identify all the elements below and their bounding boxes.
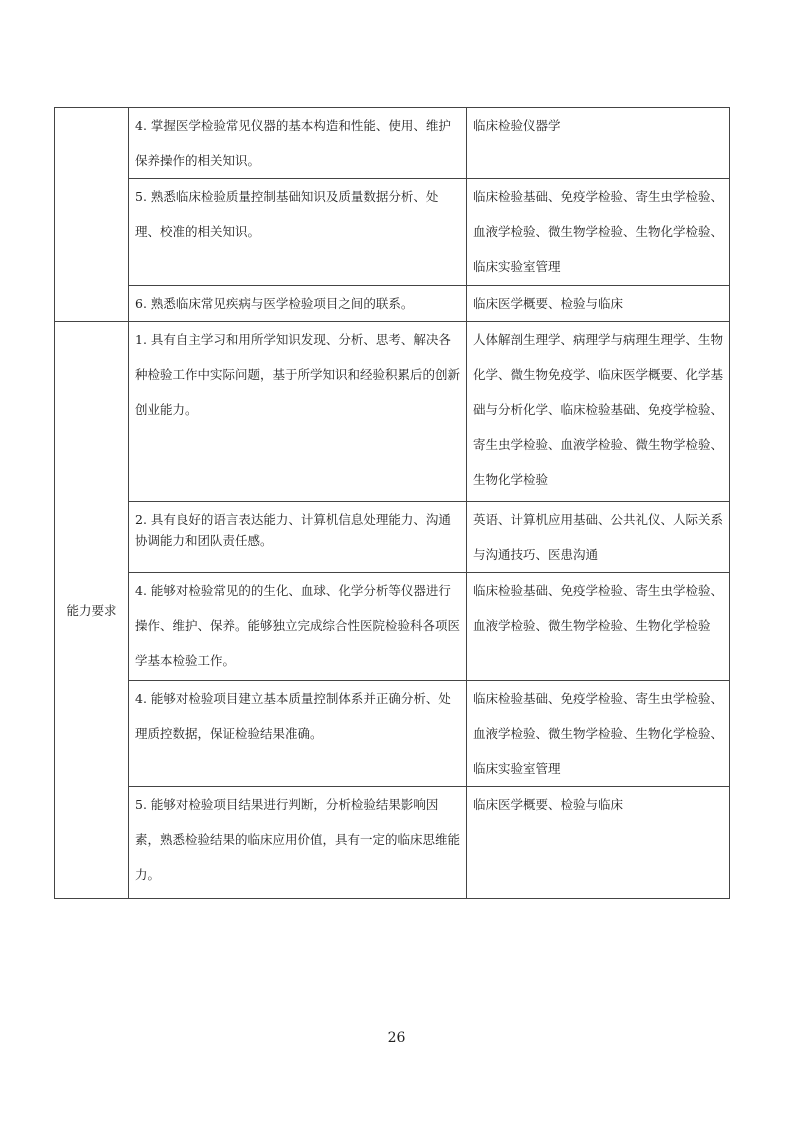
requirement-cell: 4. 能够对检验项目建立基本质量控制体系并正确分析、处理质控数据，保证检验结果准…: [129, 681, 467, 787]
courses-cell: 临床医学概要、检验与临床: [467, 286, 730, 322]
table-row: 5. 熟悉临床检验质量控制基础知识及质量数据分析、处理、校准的相关知识。 临床检…: [55, 179, 730, 286]
requirement-cell: 4. 能够对检验常见的的生化、血球、化学分析等仪器进行操作、维护、保养。能够独立…: [129, 573, 467, 681]
courses-cell: 人体解剖生理学、病理学与病理生理学、生物化学、微生物免疫学、临床医学概要、化学基…: [467, 322, 730, 502]
requirement-cell: 1. 具有自主学习和用所学知识发现、分析、思考、解决各种检验工作中实际问题，基于…: [129, 322, 467, 502]
courses-cell: 临床检验基础、免疫学检验、寄生虫学检验、血液学检验、微生物学检验、生物化学检验、…: [467, 179, 730, 286]
requirement-cell: 5. 能够对检验项目结果进行判断，分析检验结果影响因素，熟悉检验结果的临床应用价…: [129, 787, 467, 899]
requirement-cell: 6. 熟悉临床常见疾病与医学检验项目之间的联系。: [129, 286, 467, 322]
curriculum-table: 4. 掌握医学检验常见仪器的基本构造和性能、使用、维护保养操作的相关知识。 临床…: [54, 107, 730, 899]
category-cell: 能力要求: [55, 322, 129, 899]
requirement-cell: 5. 熟悉临床检验质量控制基础知识及质量数据分析、处理、校准的相关知识。: [129, 179, 467, 286]
courses-cell: 英语、计算机应用基础、公共礼仪、人际关系与沟通技巧、医患沟通: [467, 502, 730, 573]
table-row: 2. 具有良好的语言表达能力、计算机信息处理能力、沟通协调能力和团队责任感。 英…: [55, 502, 730, 573]
category-cell-continued: [55, 108, 129, 322]
table-row: 能力要求 1. 具有自主学习和用所学知识发现、分析、思考、解决各种检验工作中实际…: [55, 322, 730, 502]
requirement-cell: 2. 具有良好的语言表达能力、计算机信息处理能力、沟通协调能力和团队责任感。: [129, 502, 467, 573]
table-row: 6. 熟悉临床常见疾病与医学检验项目之间的联系。 临床医学概要、检验与临床: [55, 286, 730, 322]
page-number: 26: [0, 1030, 793, 1046]
table-row: 4. 能够对检验项目建立基本质量控制体系并正确分析、处理质控数据，保证检验结果准…: [55, 681, 730, 787]
courses-cell: 临床检验仪器学: [467, 108, 730, 179]
table-row: 5. 能够对检验项目结果进行判断，分析检验结果影响因素，熟悉检验结果的临床应用价…: [55, 787, 730, 899]
table-row: 4. 掌握医学检验常见仪器的基本构造和性能、使用、维护保养操作的相关知识。 临床…: [55, 108, 730, 179]
courses-cell: 临床检验基础、免疫学检验、寄生虫学检验、血液学检验、微生物学检验、生物化学检验: [467, 573, 730, 681]
courses-cell: 临床医学概要、检验与临床: [467, 787, 730, 899]
courses-cell: 临床检验基础、免疫学检验、寄生虫学检验、血液学检验、微生物学检验、生物化学检验、…: [467, 681, 730, 787]
table-row: 4. 能够对检验常见的的生化、血球、化学分析等仪器进行操作、维护、保养。能够独立…: [55, 573, 730, 681]
requirement-cell: 4. 掌握医学检验常见仪器的基本构造和性能、使用、维护保养操作的相关知识。: [129, 108, 467, 179]
